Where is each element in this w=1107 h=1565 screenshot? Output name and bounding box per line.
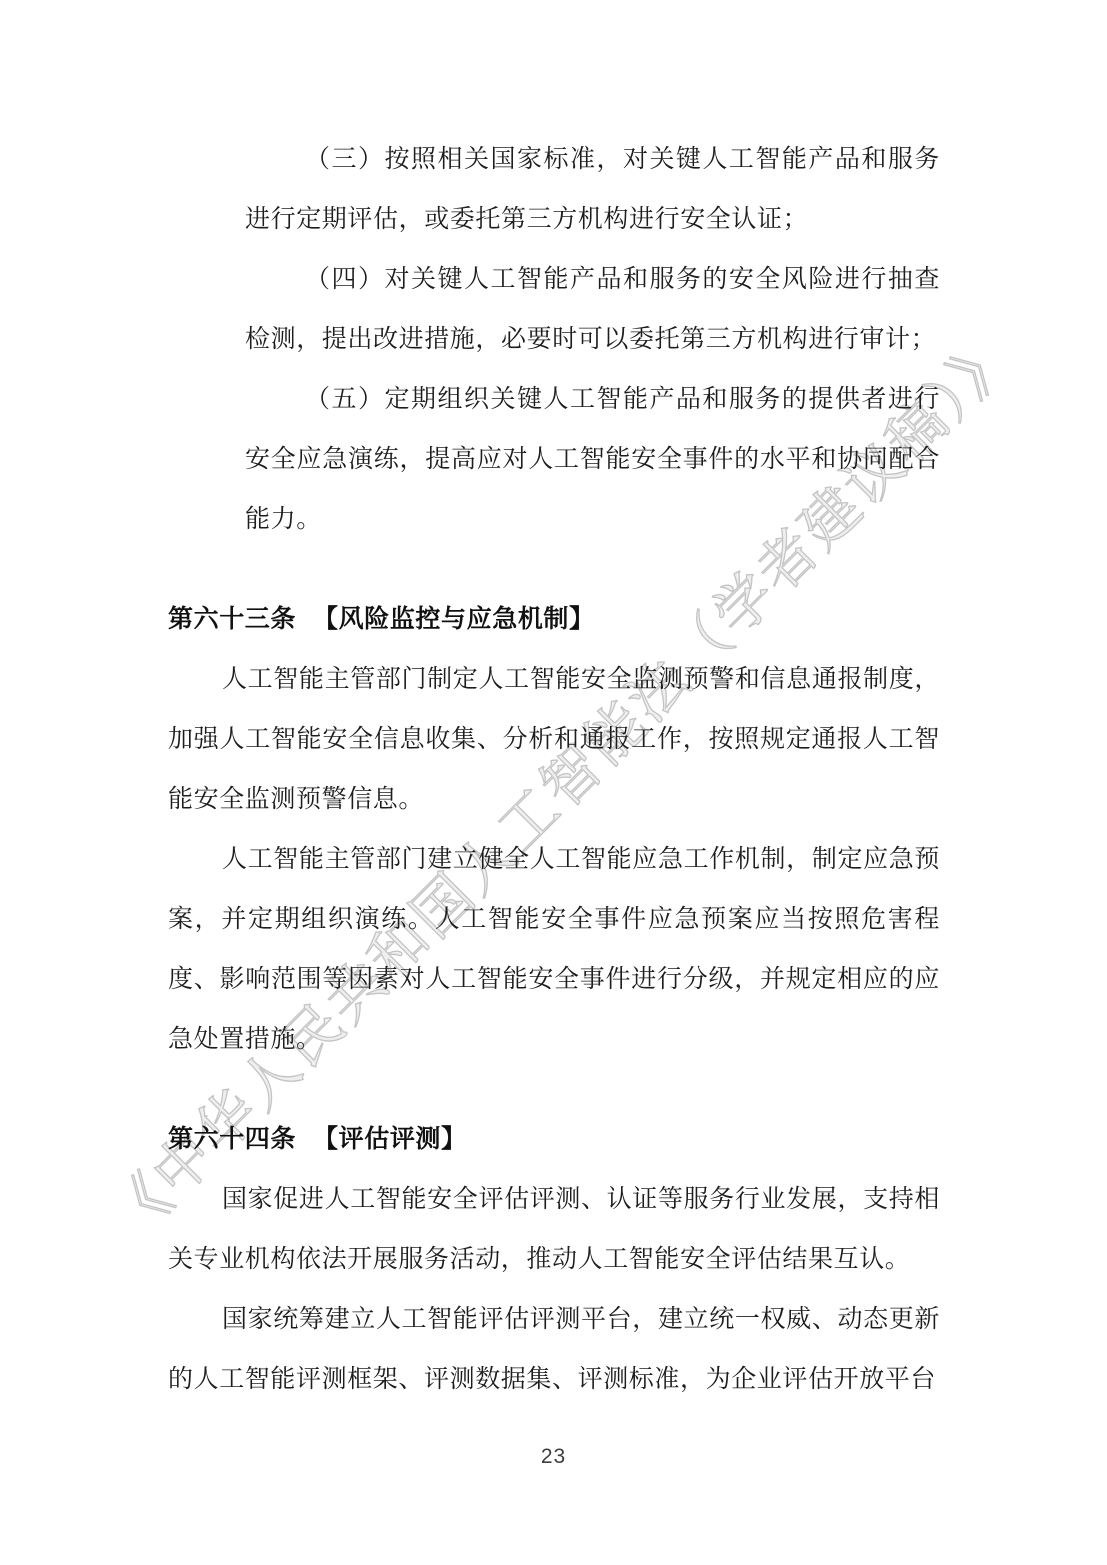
article-63-paragraph-2: 人工智能主管部门建立健全人工智能应急工作机制，制定应急预案，并定期组织演练。人工… — [168, 830, 940, 1070]
article-63-paragraph-1: 人工智能主管部门制定人工智能安全监测预警和信息通报制度，加强人工智能安全信息收集… — [168, 650, 940, 830]
article-64-paragraph-2: 国家统筹建立人工智能评估评测平台，建立统一权威、动态更新的人工智能评测框架、评测… — [168, 1290, 940, 1410]
article-63-number: 第六十三条 — [168, 606, 296, 633]
clause-item-5: （五）定期组织关键人工智能产品和服务的提供者进行安全应急演练，提高应对人工智能安… — [245, 370, 940, 550]
article-63-heading: 第六十三条【风险监控与应急机制】 — [168, 590, 940, 650]
clause-item-3: （三）按照相关国家标准，对关键人工智能产品和服务进行定期评估，或委托第三方机构进… — [245, 130, 940, 250]
page-number: 23 — [0, 1445, 1107, 1469]
article-64-paragraph-1: 国家促进人工智能安全评估评测、认证等服务行业发展，支持相关专业机构依法开展服务活… — [168, 1170, 940, 1290]
clause-item-4: （四）对关键人工智能产品和服务的安全风险进行抽查检测，提出改进措施，必要时可以委… — [245, 250, 940, 370]
document-page: 《中华人民共和国人工智能法（学者建议稿）》 （三）按照相关国家标准，对关键人工智… — [0, 0, 1107, 1565]
article-64-number: 第六十四条 — [168, 1126, 296, 1153]
article-63-title: 【风险监控与应急机制】 — [313, 606, 595, 633]
document-content: （三）按照相关国家标准，对关键人工智能产品和服务进行定期评估，或委托第三方机构进… — [168, 130, 940, 1410]
article-64-heading: 第六十四条【评估评测】 — [168, 1110, 940, 1170]
article-64-title: 【评估评测】 — [313, 1126, 467, 1153]
